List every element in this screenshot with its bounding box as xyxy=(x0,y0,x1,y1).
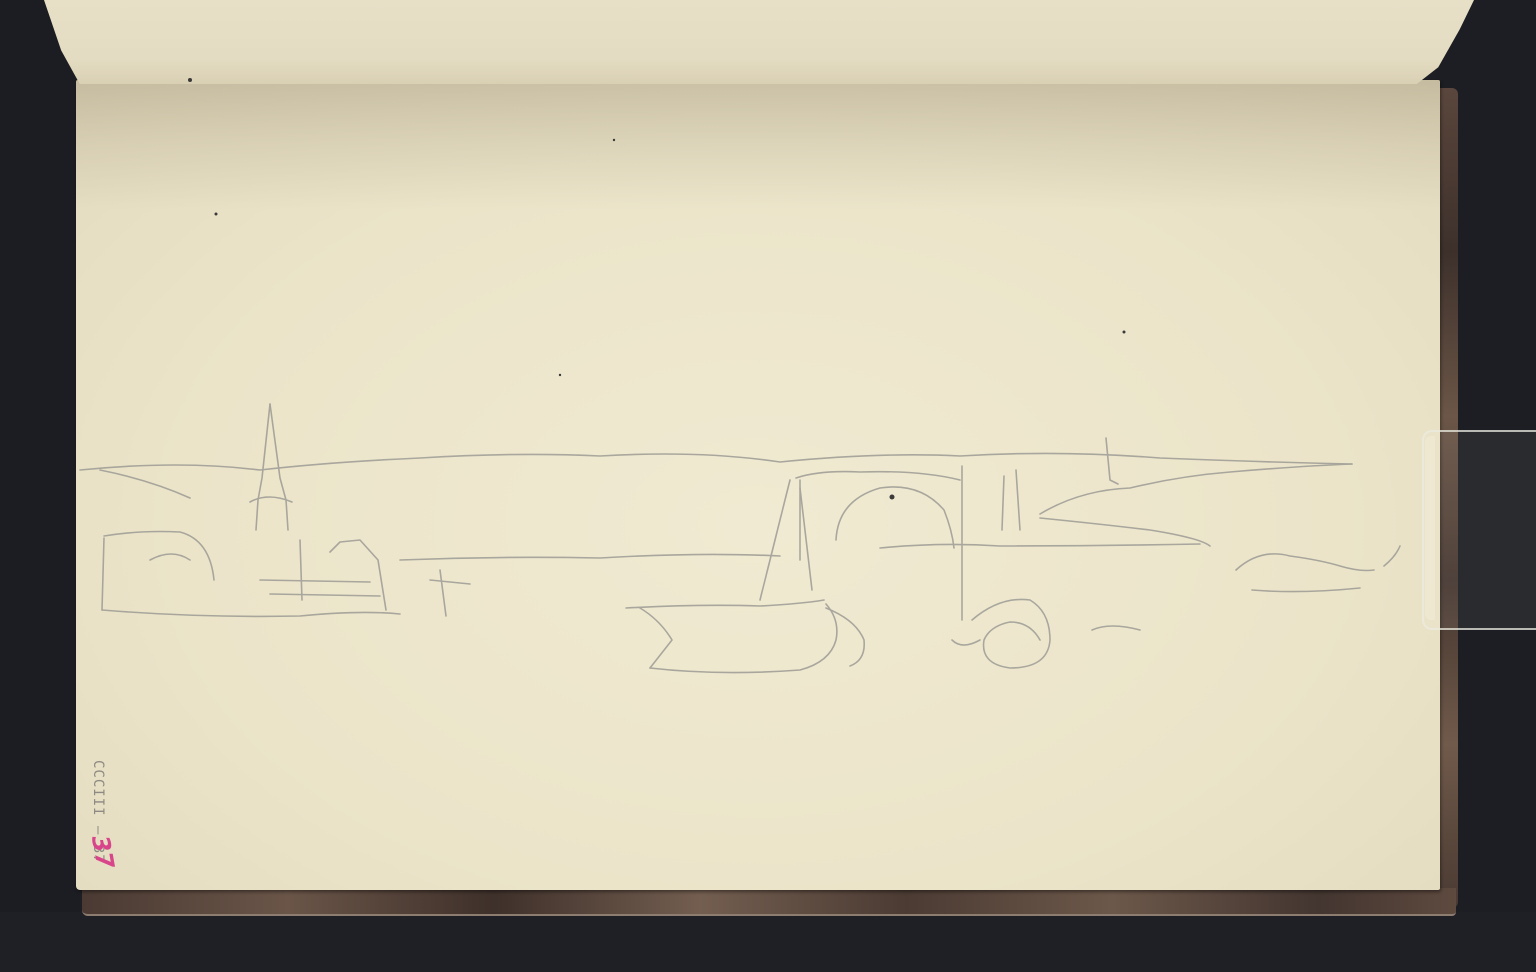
background-bottom xyxy=(0,912,1536,972)
folio-number: 37 xyxy=(86,833,119,871)
marbled-cover-bottom-edge xyxy=(82,888,1456,916)
plastic-page-clip xyxy=(1422,430,1536,630)
page-fold-shadow xyxy=(76,80,1440,210)
background-left xyxy=(0,0,80,972)
curled-previous-page xyxy=(44,0,1474,84)
